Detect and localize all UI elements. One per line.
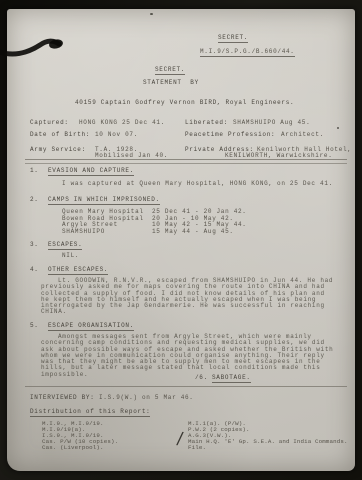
dob-value: 10 Nov 07. [95,131,138,138]
classification-stamp: SECRET. [218,34,248,43]
section-2-number: 2. [30,196,39,203]
section-3-body: NIL. [62,252,79,259]
section-1-body: I was captured at Queen Mary Hospital, H… [62,180,333,187]
ink-smudge [0,28,74,62]
liberated-label: Liberated: [185,119,228,126]
section-5-body: Amongst messages sent from Argyle Street… [41,334,337,378]
camp-name: SHAMSHUIPO [62,228,105,235]
subject-line: 40159 Captain Godfrey Vernon BIRD, Royal… [75,99,294,106]
section-1-heading: EVASION AND CAPTURE. [48,167,134,176]
section-4-body: Lt. GOODWIN, R.N.V.R., escaped from SHAM… [41,278,337,316]
distribution-right-item: File. [188,444,206,451]
address-value-2: KENILWORTH, Warwickshire. [225,152,333,159]
distribution-left-item: Cas. (Liverpool). [42,444,104,451]
distribution-right-item: Main H.Q. 'E' Gp. S.E.A. and India Comma… [188,438,348,445]
profession-value: Architect. [281,131,324,138]
divider-line [25,386,347,387]
section-3-number: 3. [30,241,39,248]
section-3-heading: ESCAPES. [48,241,82,250]
camp-dates: 15 May 44 - Aug 45. [152,228,234,235]
section-4-heading: OTHER ESCAPES. [48,266,108,275]
statement-by-label: STATEMENT BY [143,79,199,86]
section-2-heading: CAMPS IN WHICH IMPRISONED. [48,196,160,205]
army-service-label: Army Service: [30,146,86,153]
file-reference: M.I.9/S.P.G./B.660/44. [200,48,295,57]
captured-label: Captured: [30,119,69,126]
catchword-number: /6. [195,374,208,381]
handwritten-tick-mark: / [176,429,184,450]
dob-label: Date of Birth: [30,131,90,138]
distribution-heading: Distribution of this Report: [30,408,150,417]
section-5-number: 5. [30,322,39,329]
paper-speck [150,13,153,15]
profession-label: Peacetime Profession: [185,131,275,138]
section-1-number: 1. [30,167,39,174]
interviewed-by-label: INTERVIEWED BY: [30,394,95,401]
document-title: SECRET. [155,66,185,75]
captured-value: HONG KONG 25 Dec 41. [79,119,165,126]
section-4-number: 4. [30,266,39,273]
army-service-value-2: Mobilised Jan 40. [95,152,168,159]
divider-line [25,159,347,164]
liberated-value: SHAMSHUIPO Aug 45. [233,119,310,126]
document-page: SECRET. M.I.9/S.P.G./B.660/44. SECRET. S… [7,9,355,471]
catchword-heading: SABOTAGE. [212,374,251,383]
interviewed-by-value: I.S.9(W.) on 5 Mar 46. [99,394,194,401]
paper-speck [337,127,339,129]
section-5-heading: ESCAPE ORGANISATION. [48,322,134,331]
